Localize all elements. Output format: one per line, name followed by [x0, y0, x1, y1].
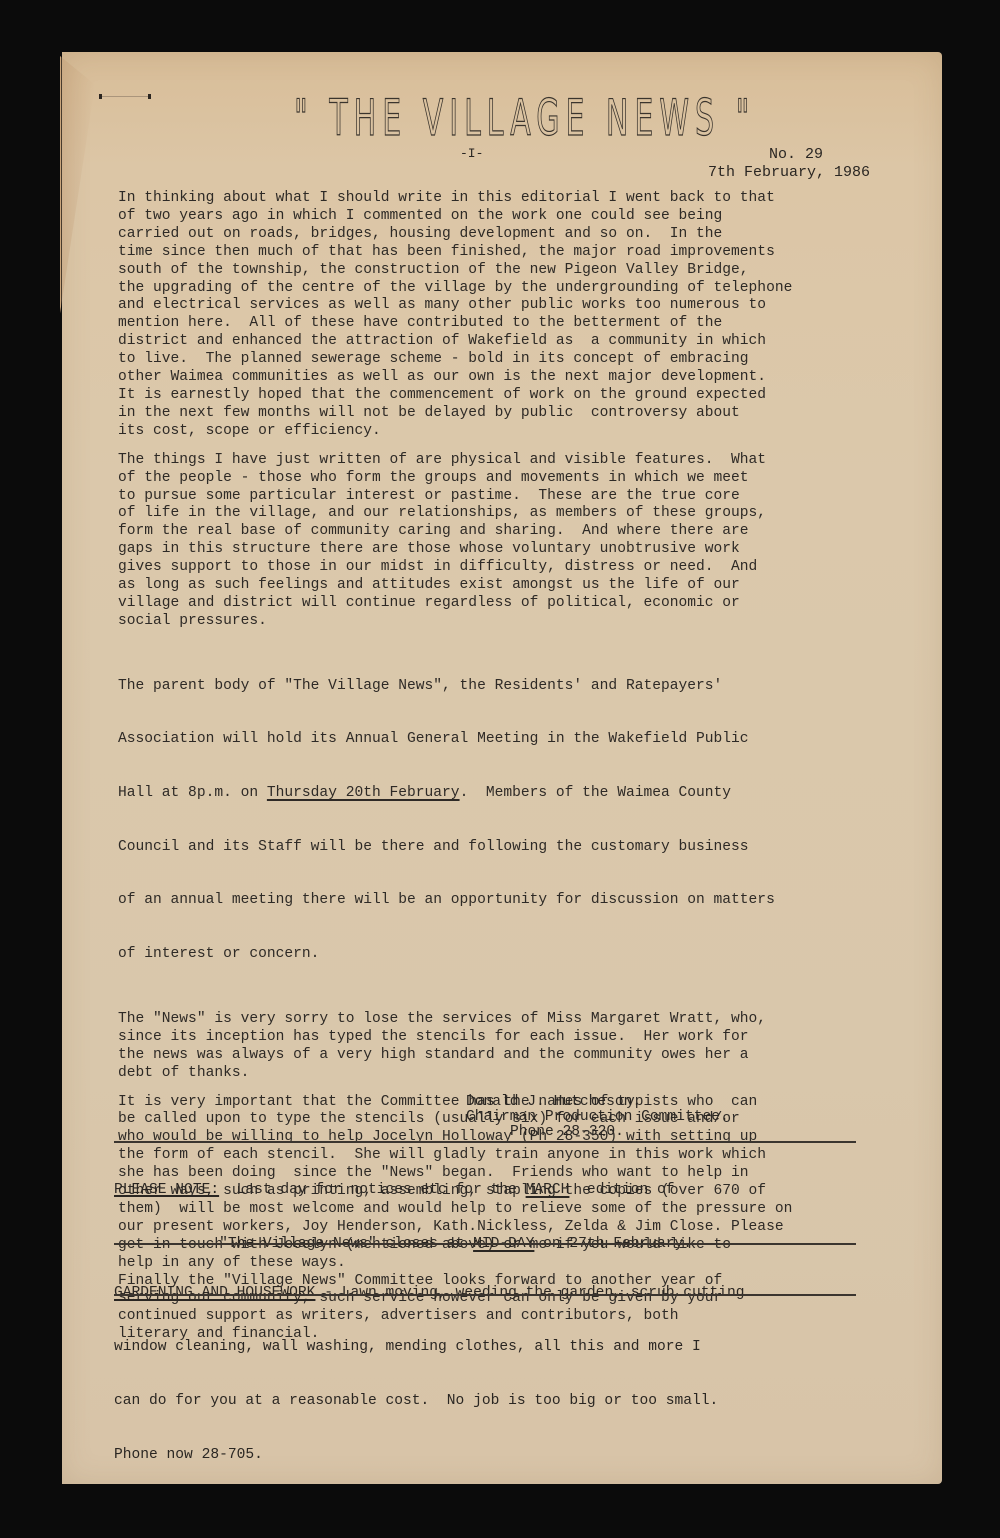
text-line: the upgrading of the centre of the villa… — [118, 280, 888, 298]
text-line: gives support to those in our midst in d… — [118, 559, 888, 577]
text-segment: - Lawn moving, weeding the garden, scrub… — [315, 1285, 744, 1301]
issue-number: No. 29 — [769, 146, 823, 163]
text-line: of life in the village, and our relation… — [118, 505, 888, 523]
staple-mark — [99, 96, 151, 100]
text-line: GARDENING AND HOUSEWORK - Lawn moving, w… — [114, 1284, 745, 1302]
text-line: Council and its Staff will be there and … — [118, 839, 888, 857]
text-line: can do for you at a reasonable cost. No … — [114, 1392, 745, 1410]
ad-heading: GARDENING AND HOUSEWORK — [114, 1285, 315, 1301]
signature-phone: Phone 28-320. — [510, 1124, 624, 1140]
text-line: and electrical services as well as many … — [118, 297, 888, 315]
text-line: The parent body of "The Village News", t… — [118, 678, 888, 696]
divider-rule — [114, 1294, 856, 1296]
text-segment: Hall at 8p.m. on — [118, 785, 267, 801]
text-line: to live. The planned sewerage scheme - b… — [118, 351, 888, 369]
text-line: in the next few months will not be delay… — [118, 405, 888, 423]
text-line: village and district will continue regar… — [118, 595, 888, 613]
text-line: Phone now 28-705. — [114, 1446, 745, 1464]
text-line: PLEASE NOTE: Last day for notices etc fo… — [114, 1181, 692, 1199]
signature-role: Chairman Production Committee. — [466, 1110, 729, 1125]
classified-ad: GARDENING AND HOUSEWORK - Lawn moving, w… — [114, 1248, 745, 1500]
text-line: its cost, scope or efficiency. — [118, 423, 888, 441]
text-line: Hall at 8p.m. on Thursday 20th February.… — [118, 785, 888, 803]
text-line: time since then much of that has been fi… — [118, 244, 888, 262]
text-line: form the real base of community caring a… — [118, 523, 888, 541]
text-line: district and enhanced the attraction of … — [118, 333, 888, 351]
divider-rule — [114, 1243, 856, 1245]
emphasis-month: MARCH — [526, 1182, 570, 1198]
editorial-paragraph: The "News" is very sorry to lose the ser… — [118, 1011, 888, 1083]
page-number: -I- — [460, 146, 483, 161]
text-line: of two years ago in which I commented on… — [118, 208, 888, 226]
text-line: It is earnestly hoped that the commencem… — [118, 387, 888, 405]
divider-rule — [114, 1141, 856, 1143]
masthead: " THE VILLAGE NEWS " — [162, 90, 822, 150]
text-line: mention here. All of these have contribu… — [118, 315, 888, 333]
text-line: the news was always of a very high stand… — [118, 1047, 888, 1065]
text-line: Association will hold its Annual General… — [118, 731, 888, 749]
text-line: south of the township, the construction … — [118, 262, 888, 280]
meeting-date: Thursday 20th February — [267, 785, 460, 801]
text-line: to pursue some particular interest or pa… — [118, 488, 888, 506]
text-line: carried out on roads, bridges, housing d… — [118, 226, 888, 244]
text-line: other Waimea communities as well as our … — [118, 369, 888, 387]
signature-block: Donald J. Hutcheson.Chairman Production … — [466, 1095, 729, 1125]
text-line: The "News" is very sorry to lose the ser… — [118, 1011, 888, 1029]
editorial-paragraph: In thinking about what I should write in… — [118, 190, 888, 441]
signature-name: Donald J. Hutcheson. — [466, 1095, 729, 1110]
text-line: window cleaning, wall washing, mending c… — [114, 1338, 745, 1356]
issue-date: 7th February, 1986 — [708, 164, 870, 181]
text-line: of interest or concern. — [118, 946, 888, 964]
text-line: social pressures. — [118, 613, 888, 631]
text-line: gaps in this structure there are those w… — [118, 541, 888, 559]
text-segment: edition of — [569, 1182, 674, 1198]
text-line: debt of thanks. — [118, 1065, 888, 1083]
text-line: of an annual meeting there will be an op… — [118, 892, 888, 910]
text-line: as long as such feelings and attitudes e… — [118, 577, 888, 595]
text-segment: Last day for notices etc for the — [219, 1182, 526, 1198]
agm-paragraph: The parent body of "The Village News", t… — [118, 642, 888, 1000]
newsletter-page: " THE VILLAGE NEWS " -I- No. 29 7th Febr… — [62, 52, 942, 1484]
text-line: since its inception has typed the stenci… — [118, 1029, 888, 1047]
note-label: PLEASE NOTE: — [114, 1182, 219, 1198]
editorial-paragraph: The things I have just written of are ph… — [118, 452, 888, 631]
text-line: of the people - those who form the group… — [118, 470, 888, 488]
folded-corner — [60, 56, 95, 1486]
text-line: The things I have just written of are ph… — [118, 452, 888, 470]
newsletter-title: " THE VILLAGE NEWS " — [294, 90, 690, 146]
text-line: In thinking about what I should write in… — [118, 190, 888, 208]
text-segment: . Members of the Waimea County — [460, 785, 732, 801]
